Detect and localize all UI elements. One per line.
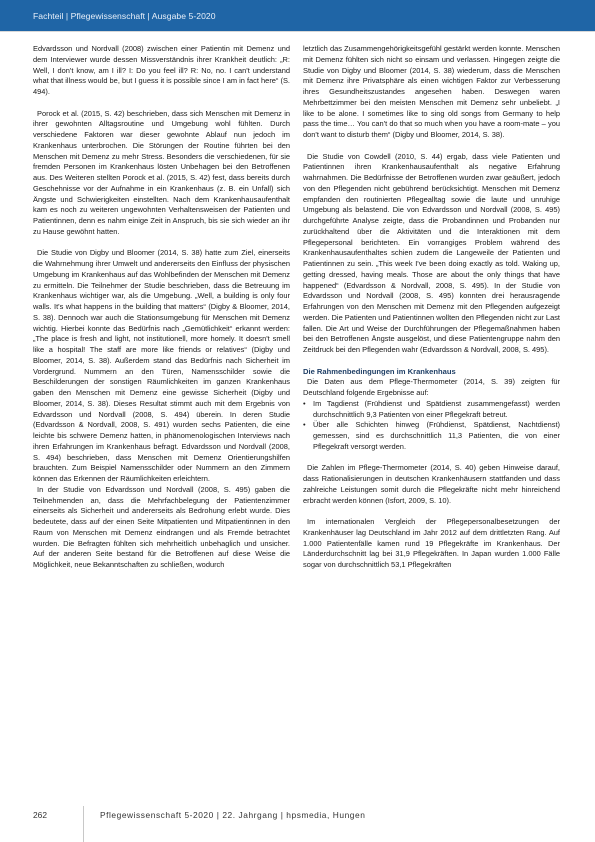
paragraph: Die Studie von Cowdell (2010, S. 44) erg… <box>303 152 560 356</box>
paragraph: Im internationalen Vergleich der Pflegep… <box>303 517 560 571</box>
running-header: Fachteil | Pflegewissenschaft | Ausgabe … <box>0 0 595 32</box>
paragraph: Die Studie von Digby und Bloomer (2014, … <box>33 248 290 485</box>
section-heading: Die Rahmenbedingungen im Krankenhaus <box>303 367 560 378</box>
page-footer: 262 Pflegewissenschaft 5-2020 | 22. Jahr… <box>0 806 595 842</box>
left-column: Edvardsson und Nordvall (2008) zwischen … <box>33 44 290 571</box>
paragraph: In der Studie von Edvardsson und Nordval… <box>33 485 290 571</box>
page-number: 262 <box>33 810 47 820</box>
paragraph: Edvardsson und Nordvall (2008) zwischen … <box>33 44 290 98</box>
paragraph: Porock et al. (2015, S. 42) beschrieben,… <box>33 109 290 238</box>
paragraph: Die Zahlen im Pflege-Thermometer (2014, … <box>303 463 560 506</box>
bullet-list: Im Tagdienst (Frühdienst und Spätdienst … <box>303 399 560 453</box>
publication-info: Pflegewissenschaft 5-2020 | 22. Jahrgang… <box>100 810 365 820</box>
paragraph: letztlich das Zusammengehörigkeitsgefühl… <box>303 44 560 141</box>
right-column: letztlich das Zusammengehörigkeitsgefühl… <box>303 44 560 571</box>
footer-divider <box>83 806 84 842</box>
bullet-item: Über alle Schichten hinweg (Frühdienst, … <box>303 420 560 452</box>
bullet-item: Im Tagdienst (Frühdienst und Spätdienst … <box>303 399 560 421</box>
paragraph: Die Daten aus dem Pflege-Thermometer (20… <box>303 377 560 399</box>
running-title: Fachteil | Pflegewissenschaft | Ausgabe … <box>33 11 216 21</box>
